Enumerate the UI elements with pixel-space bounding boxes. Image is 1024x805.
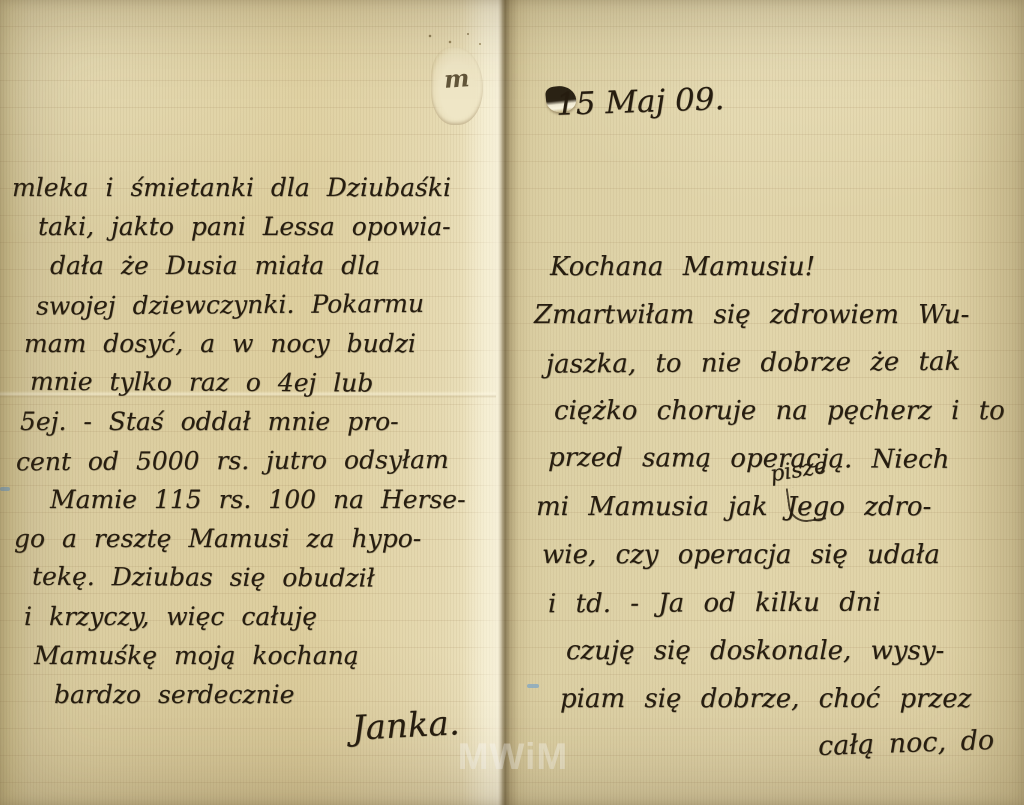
blue-pencil-dash <box>0 487 10 491</box>
handwritten-line: Mamuśkę moją kochaną <box>34 636 500 675</box>
handwritten-line: piam się dobrze, choć przez <box>560 675 1018 723</box>
handwritten-line: tekę. Dziubas się obudził <box>32 557 500 598</box>
handwritten-line: ciężko choruje na pęcherz i to <box>554 387 1018 435</box>
blue-pencil-dash <box>527 684 539 688</box>
handwritten-line: dała że Dusia miała dla <box>50 246 500 285</box>
handwritten-line: mam dosyć, a w nocy budzi <box>24 324 500 363</box>
paper-damage-patch: m <box>431 47 483 125</box>
handwritten-line: swojej dziewczynki. Pokarmu <box>36 283 500 325</box>
handwritten-line: Zmartwiłam się zdrowiem Wu- <box>534 291 1018 339</box>
handwritten-line: go a resztę Mamusi za hypo- <box>14 519 500 558</box>
closing-line: całą noc, do <box>818 725 995 762</box>
handwritten-line: jaszka, to nie dobrze że tak <box>546 337 1018 388</box>
watermark: MWiM <box>438 736 588 778</box>
handwritten-line: 5ej. - Staś oddał mnie pro- <box>20 402 500 441</box>
handwritten-line: czuję się doskonale, wysy- <box>566 627 1018 675</box>
embossed-mark: m <box>443 63 470 94</box>
handwritten-line: i td. - Ja od kilku dni <box>548 578 1018 628</box>
letter-scan: m 15 Maj 09. mleka i śmietanki dla Dziub… <box>0 0 1024 805</box>
handwritten-line: cent od 5000 rs. jutro odsyłam <box>16 440 500 482</box>
handwritten-line: mleka i śmietanki dla Dziubaśki <box>12 168 500 207</box>
handwritten-line: Mamie 115 rs. 100 na Herse- <box>50 480 500 519</box>
handwritten-line: mnie tylko raz o 4ej lub <box>30 362 500 403</box>
letter-greeting: Kochana Mamusiu! <box>550 243 1018 291</box>
handwritten-line: taki, jakto pani Lessa opowia- <box>38 207 500 246</box>
handwritten-line: i krzyczy, więc całuję <box>24 597 500 636</box>
handwritten-line: wie, czy operacja się udała <box>542 531 1018 579</box>
letter-date: 15 Maj 09. <box>555 81 724 123</box>
handwritten-line: mi Mamusia jak Jego zdro- <box>536 483 1018 531</box>
left-page-text-block: mleka i śmietanki dla Dziubaśki taki, ja… <box>8 168 500 714</box>
